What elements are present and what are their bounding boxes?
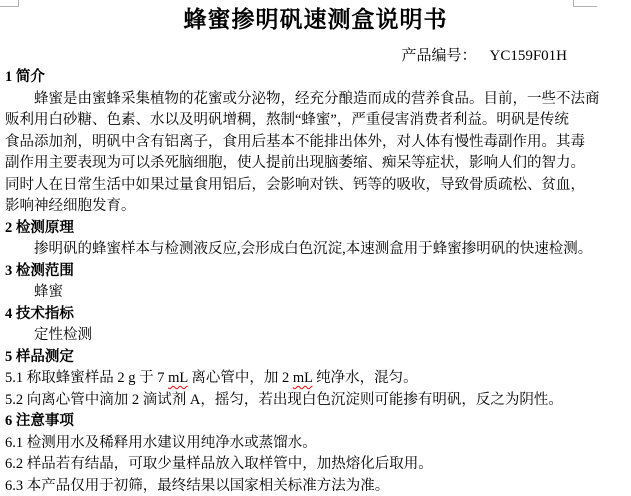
- spec-line: 定性检测: [5, 325, 631, 347]
- intro-line: 蜂蜜是由蜜蜂采集植物的花蜜或分泌物，经充分酿造而成的营养食品。目前，一些不法商: [5, 89, 631, 111]
- intro-line: 贩利用白砂糖、色素、水以及明矾增稠，熬制“蜂蜜”，严重侵害消费者利益。明矾是传统: [5, 110, 631, 132]
- principle-line: 掺明矾的蜂蜜样本与检测液反应,会形成白色沉淀,本速测盒用于蜂蜜掺明矾的快速检测。: [5, 239, 631, 261]
- heading-procedure: 5 样品测定: [5, 347, 631, 369]
- product-number: 产品编号：YC159F01H: [0, 44, 567, 68]
- scope-line: 蜂蜜: [5, 282, 631, 304]
- heading-spec: 4 技术指标: [5, 304, 631, 326]
- document-body: 1 简介 蜂蜜是由蜜蜂采集植物的花蜜或分泌物，经充分酿造而成的营养食品。目前，一…: [5, 67, 631, 496]
- procedure-step-1: 5.1 称取蜂蜜样品 2 g 于 7 mL 离心管中，加 2 mL 纯净水，混匀…: [5, 368, 631, 390]
- page-title: 蜂蜜掺明矾速测盒说明书: [0, 5, 631, 35]
- heading-notes: 6 注意事项: [5, 411, 631, 433]
- intro-line: 食品添加剂，明矾中含有铝离子，食用后基本不能排出体外，对人体有慢性毒副作用。其毒: [5, 132, 631, 154]
- step-text: 5.1 称取蜂蜜样品 2 g 于 7: [5, 370, 168, 386]
- intro-line: 同时人在日常生活中如果过量食用铝后，会影响对铁、钙等的吸收，导致骨质疏松、贫血，: [5, 175, 631, 197]
- note-item: 6.2 样品若有结晶，可取少量样品放入取样管中，加热熔化后取用。: [5, 454, 631, 476]
- intro-line: 影响神经细胞发育。: [5, 196, 631, 218]
- heading-principle: 2 检测原理: [5, 218, 631, 240]
- heading-scope: 3 检测范围: [5, 261, 631, 283]
- spellcheck-underlined-text: mL: [293, 370, 313, 386]
- heading-intro: 1 简介: [5, 67, 631, 89]
- step-text: 纯净水，混匀。: [312, 370, 417, 386]
- spellcheck-underlined-text: mL: [168, 370, 188, 386]
- product-number-value: YC159F01H: [489, 48, 567, 64]
- note-item: 6.3 本产品仅用于初筛，最终结果以国家相关标准方法为准。: [5, 476, 631, 496]
- product-number-label: 产品编号：: [401, 48, 476, 64]
- document-page: 蜂蜜掺明矾速测盒说明书 产品编号：YC159F01H 1 简介 蜂蜜是由蜜蜂采集…: [0, 0, 631, 496]
- intro-line: 副作用主要表现为可以杀死脑细胞，使人提前出现脑萎缩、痴呆等症状，影响人们的智力。: [5, 153, 631, 175]
- procedure-step-2: 5.2 向离心管中滴加 2 滴试剂 A，摇匀，若出现白色沉淀则可能掺有明矾，反之…: [5, 390, 631, 412]
- step-text: 离心管中，加 2: [188, 370, 293, 386]
- note-item: 6.1 检测用水及稀释用水建议用纯净水或蒸馏水。: [5, 433, 631, 455]
